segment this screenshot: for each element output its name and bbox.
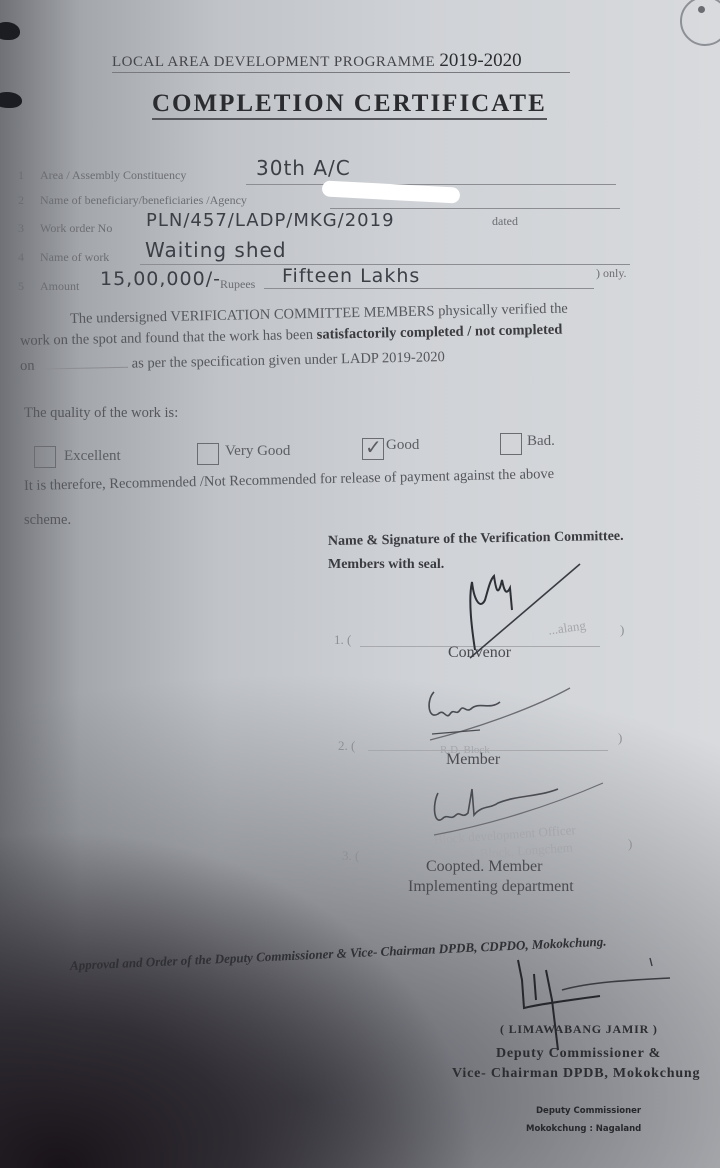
field-label: Amount [40,279,79,293]
date-blank [38,367,128,370]
checkbox-label-excellent: Excellent [64,448,121,465]
member-number: 2. [338,738,348,753]
member-number: 3. [342,848,352,863]
checkbox-good[interactable]: ✓ [362,438,384,460]
deputy-commissioner-designation-line2: Vice- Chairman DPDB, Mokokchung [452,1066,700,1082]
committee-heading-line2: Members with seal. [328,557,444,573]
field-row-work-order: 3Work order No [18,221,112,236]
checkbox-excellent[interactable] [34,446,56,468]
member-2-role: Member [446,751,500,769]
field-number: 3 [18,221,40,236]
checkbox-bad[interactable] [500,433,522,455]
checkbox-very-good[interactable] [197,443,219,465]
deputy-commissioner-name: ( LIMAWABANG JAMIR ) [500,1022,658,1037]
deputy-commissioner-signature [500,950,680,1030]
bracket-close: ) [618,730,622,746]
field-row-work-name: 4Name of work [18,250,109,265]
field-number: 1 [18,168,40,183]
field-value-constituency: 30th A/C [256,156,351,180]
member-2-signature [420,680,580,750]
official-seal-line2: Mokokchung : Nagaland [526,1124,641,1134]
dated-label: dated [492,214,518,229]
bracket-close: ) [628,836,632,852]
member-3-row: 3. ( [342,848,359,864]
member-1-signature [450,570,590,660]
rupees-label: Rupees [220,277,255,292]
recommendation-text-line2: scheme. [24,512,71,529]
ink-blot [0,92,22,108]
field-value-work-order: PLN/457/LADP/MKG/2019 [146,210,395,231]
field-value-amount: 15,00,000/- [100,268,221,290]
field-value-amount-words: Fifteen Lakhs [282,265,420,287]
checkbox-label-good: Good [386,437,419,454]
field-number: 4 [18,250,40,265]
bracket-close: ) [620,622,624,638]
member-3-signature [428,785,608,845]
field-value-work-name: Waiting shed [145,238,287,262]
deputy-commissioner-designation: Deputy Commissioner & [496,1046,661,1062]
checkmark-icon: ✓ [365,435,382,459]
member-2-row: 2. ( [338,738,355,754]
header-underline [112,72,570,73]
implementing-department: Implementing department [408,878,574,896]
checkbox-label-bad: Bad. [527,433,555,450]
field-row-constituency: 1Area / Assembly Constituency [18,168,186,183]
member-1-row: 1. ( [334,632,351,648]
member-3-role: Coopted. Member [426,858,542,876]
field-line [330,208,620,209]
field-line [264,288,594,289]
field-label: Area / Assembly Constituency [40,168,186,182]
field-number: 5 [18,279,40,294]
programme-header: LOCAL AREA DEVELOPMENT PROGRAMME 2019-20… [112,50,522,72]
field-number: 2 [18,193,40,208]
member-number: 1. [334,632,344,647]
official-seal: Deputy Commissioner [536,1106,641,1116]
field-label: Name of work [40,250,109,264]
checkbox-label-very-good: Very Good [225,443,290,460]
field-label: Name of beneficiary/beneficiaries /Agenc… [40,193,247,207]
field-row-amount: 5Amount [18,279,79,294]
programme-name: LOCAL AREA DEVELOPMENT PROGRAMME [112,54,435,70]
page-title: COMPLETION CERTIFICATE [152,90,547,120]
programme-year: 2019-2020 [439,50,521,71]
field-row-beneficiary: 2Name of beneficiary/beneficiaries /Agen… [18,193,247,208]
quality-prompt: The quality of the work is: [24,405,178,422]
field-line [246,184,616,185]
field-label: Work order No [40,221,112,235]
only-label: ) only. [596,266,627,281]
on-label: on [20,358,35,374]
